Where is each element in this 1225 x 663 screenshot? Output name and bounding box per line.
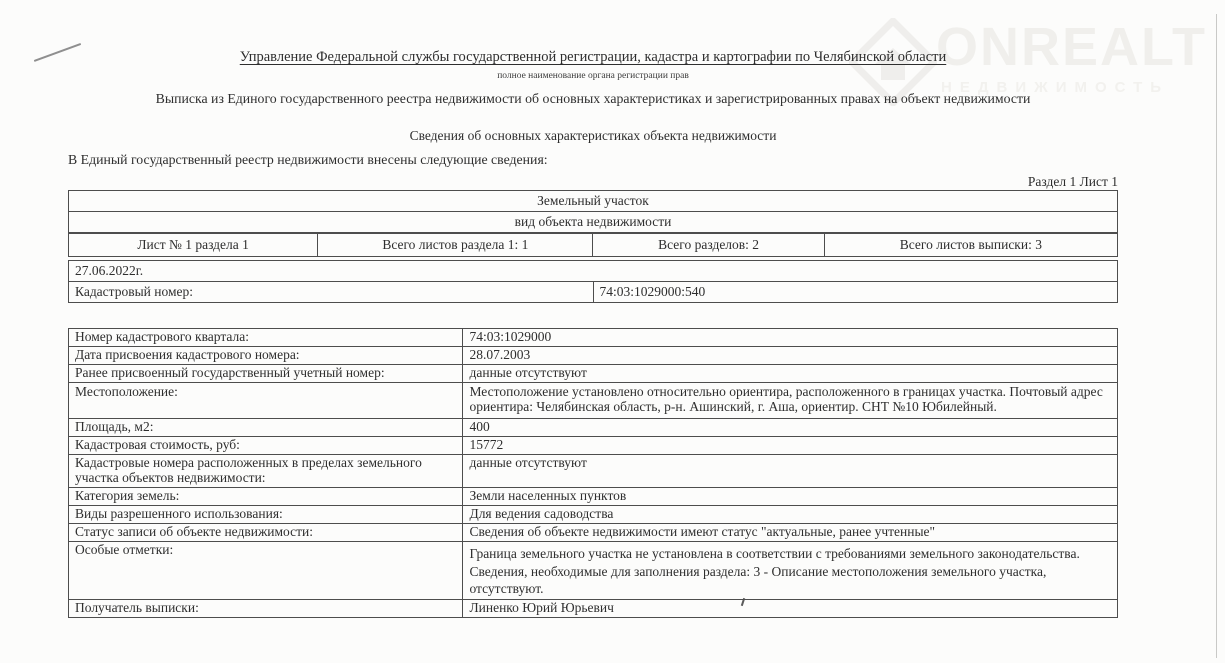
detail-label: Категория земель: <box>69 488 463 506</box>
detail-value: Граница земельного участка не установлен… <box>463 542 1118 600</box>
intro-line: В Единый государственный реестр недвижим… <box>68 152 1118 168</box>
total-sections-cell: Всего разделов: 2 <box>593 234 824 257</box>
authority-name-text: Управление Федеральной службы государств… <box>240 49 947 65</box>
table-row: Ранее присвоенный государственный учетны… <box>69 365 1118 383</box>
table-row: Получатель выписки: Линенко Юрий Юрьевич <box>69 599 1118 617</box>
table-row: Виды разрешенного использования: Для вед… <box>69 506 1118 524</box>
table-row: Номер кадастрового квартала: 74:03:10290… <box>69 329 1118 347</box>
detail-label: Кадастровые номера расположенных в преде… <box>69 455 463 488</box>
table-row: Земельный участок <box>69 191 1118 212</box>
detail-label: Кадастровая стоимость, руб: <box>69 437 463 455</box>
table-row: Категория земель: Земли населенных пункт… <box>69 488 1118 506</box>
sheets-summary-table: Лист № 1 раздела 1 Всего листов раздела … <box>68 233 1118 257</box>
table-row: Кадастровая стоимость, руб: 15772 <box>69 437 1118 455</box>
table-row: Площадь, м2: 400 <box>69 419 1118 437</box>
table-row: Кадастровые номера расположенных в преде… <box>69 455 1118 488</box>
detail-value: данные отсутствуют <box>463 455 1118 488</box>
cadastral-number-label: Кадастровый номер: <box>69 282 594 303</box>
scanned-document-page: ONREALT НЕДВИЖИМОСТЬ Управление Федераль… <box>0 0 1225 663</box>
object-type-value: Земельный участок <box>69 191 1118 212</box>
detail-label: Местоположение: <box>69 383 463 419</box>
extract-date: 27.06.2022г. <box>69 261 1118 282</box>
table-row: вид объекта недвижимости <box>69 212 1118 233</box>
table-row: Особые отметки: Граница земельного участ… <box>69 542 1118 600</box>
table-row: Кадастровый номер: 74:03:1029000:540 <box>69 282 1118 303</box>
detail-value: 15772 <box>463 437 1118 455</box>
detail-value: 28.07.2003 <box>463 347 1118 365</box>
total-sheets-section-cell: Всего листов раздела 1: 1 <box>318 234 593 257</box>
property-details-table: Номер кадастрового квартала: 74:03:10290… <box>68 328 1118 618</box>
authority-name: Управление Федеральной службы государств… <box>68 49 1118 66</box>
total-sheets-extract-cell: Всего листов выписки: 3 <box>824 234 1117 257</box>
detail-value: Местоположение установлено относительно … <box>463 383 1118 419</box>
detail-label: Дата присвоения кадастрового номера: <box>69 347 463 365</box>
detail-value: Земли населенных пунктов <box>463 488 1118 506</box>
detail-value: данные отсутствуют <box>463 365 1118 383</box>
detail-label: Особые отметки: <box>69 542 463 600</box>
date-cadastral-table: 27.06.2022г. Кадастровый номер: 74:03:10… <box>68 260 1118 303</box>
detail-value: Линенко Юрий Юрьевич <box>463 599 1118 617</box>
detail-label: Номер кадастрового квартала: <box>69 329 463 347</box>
section-sheet-label: Раздел 1 Лист 1 <box>68 174 1118 190</box>
authority-caption: полное наименование органа регистрации п… <box>68 71 1118 81</box>
detail-value: Для ведения садоводства <box>463 506 1118 524</box>
detail-value: 74:03:1029000 <box>463 329 1118 347</box>
object-type-table: Земельный участок вид объекта недвижимос… <box>68 190 1118 233</box>
page-edge-line <box>1216 14 1217 658</box>
table-row: Лист № 1 раздела 1 Всего листов раздела … <box>69 234 1118 257</box>
detail-label: Виды разрешенного использования: <box>69 506 463 524</box>
document-title: Выписка из Единого государственного реес… <box>68 91 1118 107</box>
table-row: 27.06.2022г. <box>69 261 1118 282</box>
table-row: Местоположение: Местоположение установле… <box>69 383 1118 419</box>
cadastral-number-value: 74:03:1029000:540 <box>593 282 1118 303</box>
detail-label: Статус записи об объекте недвижимости: <box>69 524 463 542</box>
object-type-caption: вид объекта недвижимости <box>69 212 1118 233</box>
detail-label: Получатель выписки: <box>69 599 463 617</box>
document-subtitle: Сведения об основных характеристиках объ… <box>68 128 1118 144</box>
detail-value: Сведения об объекте недвижимости имеют с… <box>463 524 1118 542</box>
detail-label: Ранее присвоенный государственный учетны… <box>69 365 463 383</box>
detail-value: 400 <box>463 419 1118 437</box>
detail-label: Площадь, м2: <box>69 419 463 437</box>
table-row: Статус записи об объекте недвижимости: С… <box>69 524 1118 542</box>
table-row: Дата присвоения кадастрового номера: 28.… <box>69 347 1118 365</box>
sheet-number-cell: Лист № 1 раздела 1 <box>69 234 318 257</box>
